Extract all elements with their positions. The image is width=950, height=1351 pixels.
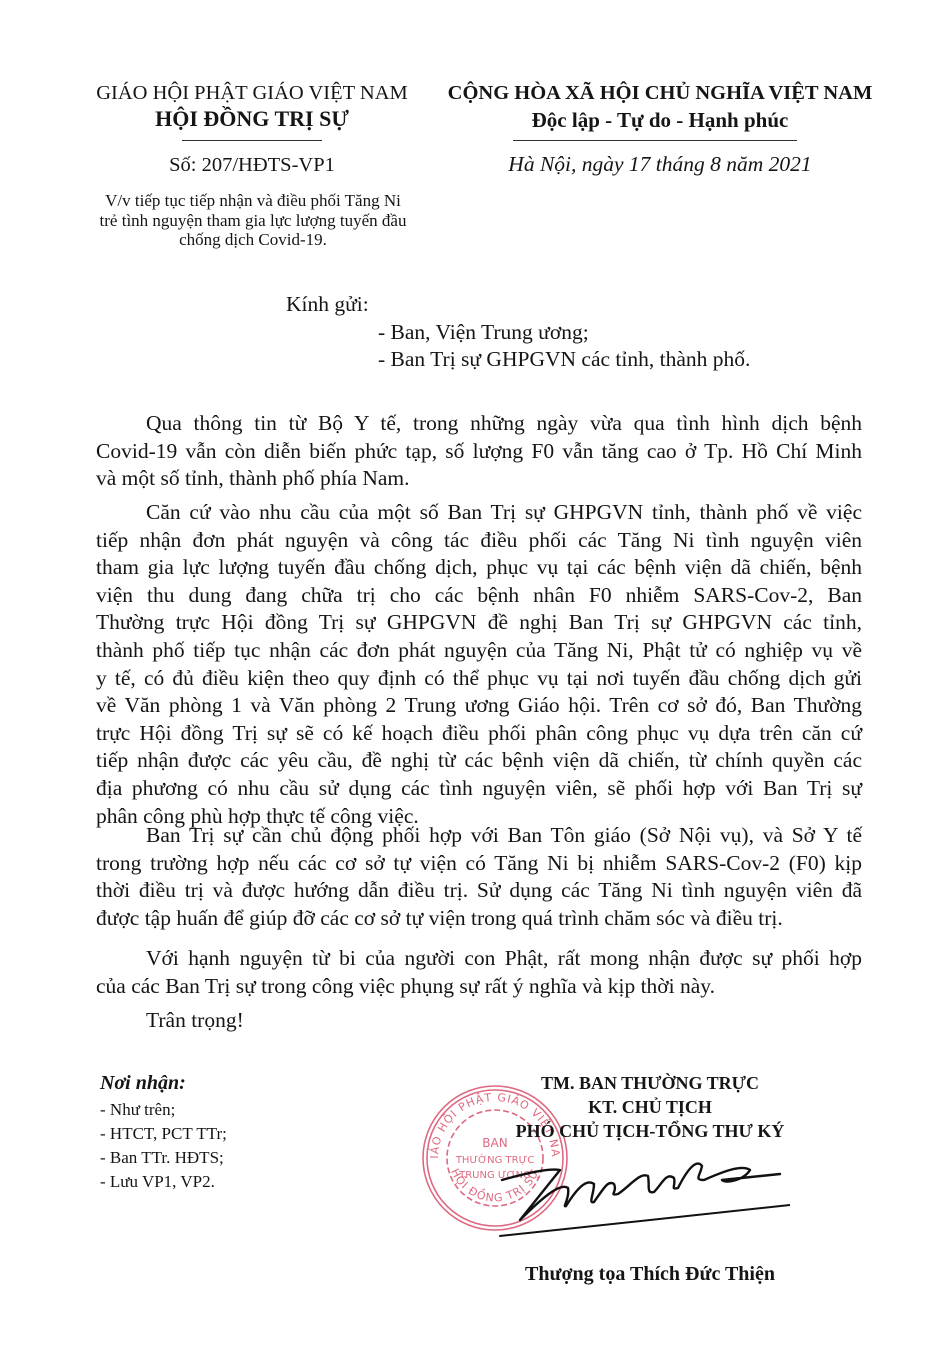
subject-line: V/v tiếp tục tiếp nhận và điều phối Tăng… bbox=[80, 191, 426, 211]
recipient-item: - HTCT, PCT TTr; bbox=[100, 1124, 227, 1144]
header-left-divider bbox=[182, 140, 322, 141]
national-motto: Độc lập - Tự do - Hạnh phúc bbox=[440, 108, 880, 133]
body-line: về Văn phòng 1 và Văn phòng 2 Trung ương… bbox=[96, 692, 862, 720]
body-line: Với hạnh nguyện từ bi của người con Phật… bbox=[96, 945, 862, 973]
handwritten-signature bbox=[490, 1150, 790, 1240]
document-number: Số: 207/HĐTS-VP1 bbox=[96, 154, 408, 177]
body-paragraph-3: Ban Trị sự cần chủ động phối hợp với Ban… bbox=[96, 822, 862, 932]
body-line: thời điều trị và được hướng dẫn điều trị… bbox=[96, 877, 862, 905]
addressee-item: - Ban, Viện Trung ương; bbox=[378, 320, 589, 345]
signature-title-2: KT. CHỦ TỊCH bbox=[440, 1097, 860, 1118]
body-line: Trân trọng! bbox=[96, 1007, 862, 1035]
body-paragraph-1: Qua thông tin từ Bộ Y tế, trong những ng… bbox=[96, 410, 862, 493]
body-line: trực Hội đồng Trị sự sẽ có kế hoạch điều… bbox=[96, 720, 862, 748]
body-line: Qua thông tin từ Bộ Y tế, trong những ng… bbox=[96, 410, 862, 438]
signature-title-3: PHÓ CHỦ TỊCH-TỔNG THƯ KÝ bbox=[440, 1121, 860, 1142]
addressee-label: Kính gửi: bbox=[286, 292, 369, 317]
body-paragraph-4: Với hạnh nguyện từ bi của người con Phật… bbox=[96, 945, 862, 1000]
body-line: Covid-19 vẫn còn diễn biến phức tạp, số … bbox=[96, 438, 862, 466]
place-and-date: Hà Nội, ngày 17 tháng 8 năm 2021 bbox=[440, 152, 880, 177]
body-line: Thường trực Hội đồng Trị sự GHPGVN đề ng… bbox=[96, 609, 862, 637]
addressee-item: - Ban Trị sự GHPGVN các tỉnh, thành phố. bbox=[378, 347, 750, 372]
body-line: tiếp nhận được các yêu cầu, đề nghị từ c… bbox=[96, 747, 862, 775]
body-line: địa phương có nhu cầu sử dụng các tình n… bbox=[96, 775, 862, 803]
body-line: tham gia lực lượng tuyến đầu chống dịch,… bbox=[96, 554, 862, 582]
body-line: viện thu dung đang chữa trị cho các bệnh… bbox=[96, 582, 862, 610]
body-line: được tập huấn để giúp đỡ các cơ sở tự vi… bbox=[96, 905, 862, 933]
nation-name: CỘNG HÒA XÃ HỘI CHỦ NGHĨA VIỆT NAM bbox=[440, 82, 880, 105]
subject-line: chống dịch Covid-19. bbox=[80, 230, 426, 250]
body-paragraph-2: Căn cứ vào nhu cầu của một số Ban Trị sự… bbox=[96, 499, 862, 830]
subject-line: trẻ tình nguyện tham gia lực lượng tuyến… bbox=[80, 211, 426, 231]
header-right-divider bbox=[513, 140, 797, 141]
signature-title-1: TM. BAN THƯỜNG TRỰC bbox=[440, 1073, 860, 1094]
body-line: của các Ban Trị sự trong công việc phụng… bbox=[96, 973, 862, 1001]
body-line: và một số tỉnh, thành phố phía Nam. bbox=[96, 465, 862, 493]
recipient-item: - Lưu VP1, VP2. bbox=[100, 1172, 215, 1192]
body-line: Căn cứ vào nhu cầu của một số Ban Trị sự… bbox=[96, 499, 862, 527]
recipient-item: - Ban TTr. HĐTS; bbox=[100, 1148, 224, 1168]
closing-greeting: Trân trọng! bbox=[96, 1007, 862, 1035]
body-line: y tế, có đủ điều kiện theo quy định có t… bbox=[96, 665, 862, 693]
document-subject: V/v tiếp tục tiếp nhận và điều phối Tăng… bbox=[80, 191, 426, 250]
body-line: thành phố tiếp tục nhận các đơn phát ngu… bbox=[96, 637, 862, 665]
body-line: tiếp nhận đơn phát nguyện và công tác đi… bbox=[96, 527, 862, 555]
organization-name: GIÁO HỘI PHẬT GIÁO VIỆT NAM bbox=[96, 82, 408, 105]
recipients-title: Nơi nhận: bbox=[100, 1072, 186, 1095]
signer-name: Thượng tọa Thích Đức Thiện bbox=[440, 1263, 860, 1286]
body-line: trong trường hợp nếu các cơ sở tự viện c… bbox=[96, 850, 862, 878]
recipient-item: - Như trên; bbox=[100, 1100, 175, 1120]
body-line: Ban Trị sự cần chủ động phối hợp với Ban… bbox=[96, 822, 862, 850]
council-name: HỘI ĐỒNG TRỊ SỰ bbox=[96, 106, 408, 132]
